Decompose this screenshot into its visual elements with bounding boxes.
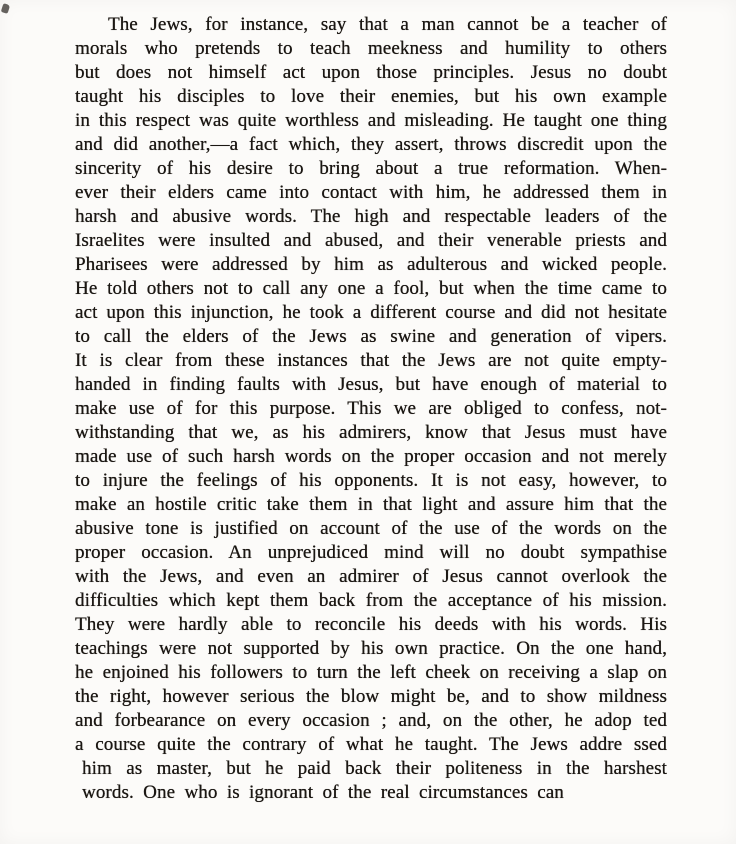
text-line: proper occasion. An unprejudiced mind wi… (75, 541, 667, 565)
text-line: and forbearance on every occasion ; and,… (75, 709, 667, 733)
text-line: in this respect was quite worthless and … (75, 109, 667, 133)
text-line: with the Jews, and even an admirer of Je… (75, 565, 667, 589)
text-line: Pharisees were addressed by him as adult… (75, 253, 667, 277)
text-line: withstanding that we, as his admirers, k… (75, 421, 667, 445)
text-line: The Jews, for instance, say that a man c… (75, 13, 667, 37)
page-text: The Jews, for instance, say that a man c… (75, 13, 667, 805)
text-line: he enjoined his followers to turn the le… (75, 661, 667, 685)
text-line: Israelites were insulted and abused, and… (75, 229, 667, 253)
text-line: make use of for this purpose. This we ar… (75, 397, 667, 421)
text-line: the right, however serious the blow migh… (75, 685, 667, 709)
text-line: handed in finding faults with Jesus, but… (75, 373, 667, 397)
text-line: to call the elders of the Jews as swine … (75, 325, 667, 349)
text-line: made use of such harsh words on the prop… (75, 445, 667, 469)
text-line: act upon this injunction, he took a diff… (75, 301, 667, 325)
text-line: words. One who is ignorant of the real c… (82, 781, 667, 805)
text-line: ever their elders came into contact with… (75, 181, 667, 205)
text-line: He told others not to call any one a foo… (75, 277, 667, 301)
text-line: to injure the feelings of his opponents.… (75, 469, 667, 493)
text-line: harsh and abusive words. The high and re… (75, 205, 667, 229)
text-line: a course quite the contrary of what he t… (75, 733, 667, 757)
scanned-book-page: The Jews, for instance, say that a man c… (0, 0, 736, 844)
text-line: abusive tone is justified on account of … (75, 517, 667, 541)
scan-speck-artifact (1, 3, 10, 14)
text-line: him as master, but he paid back their po… (82, 757, 667, 781)
text-line: teachings were not supported by his own … (75, 637, 667, 661)
text-line: make an hostile critic take them in that… (75, 493, 667, 517)
text-line: morals who pretends to teach meekness an… (75, 37, 667, 61)
text-line: taught his disciples to love their enemi… (75, 85, 667, 109)
text-line: difficulties which kept them back from t… (75, 589, 667, 613)
text-line: sincerity of his desire to bring about a… (75, 157, 667, 181)
text-line: They were hardly able to reconcile his d… (75, 613, 667, 637)
text-line: It is clear from these instances that th… (75, 349, 667, 373)
text-line: but does not himself act upon those prin… (75, 61, 667, 85)
text-line: and did another,—a fact which, they asse… (75, 133, 667, 157)
